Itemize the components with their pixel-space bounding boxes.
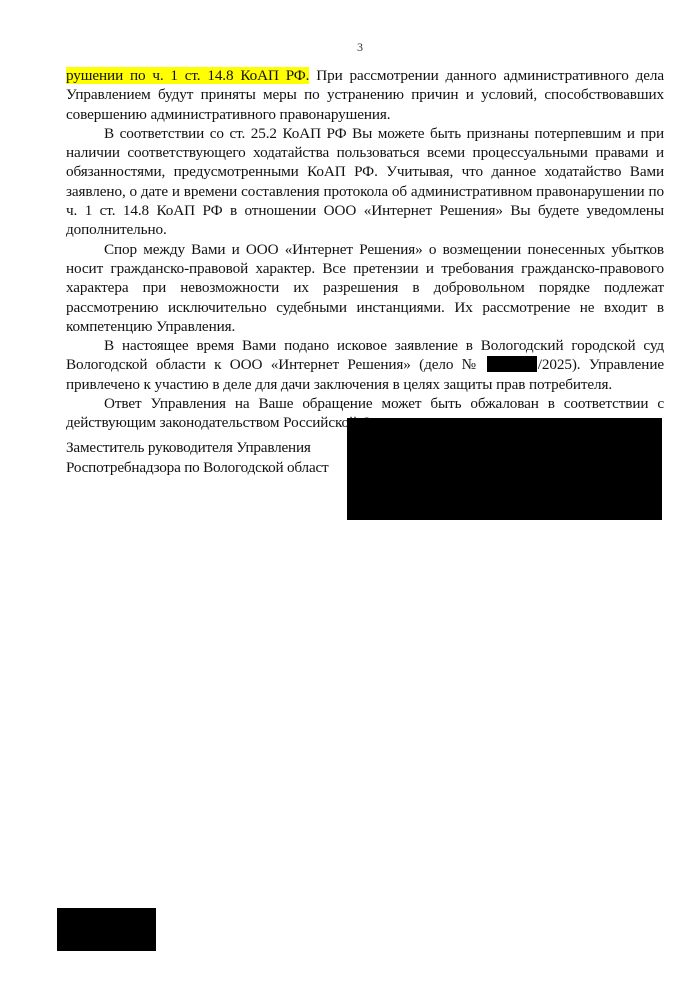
paragraph-lawsuit: В настоящее время Вами подано исковое за… xyxy=(66,336,664,394)
highlighted-text: рушении по ч. 1 ст. 14.8 КоАП РФ. xyxy=(66,67,309,84)
page-number: 3 xyxy=(0,40,700,55)
footer-redaction xyxy=(57,908,156,951)
signature-redaction xyxy=(347,418,662,520)
paragraph-civil-dispute: Спор между Вами и ООО «Интернет Решения»… xyxy=(66,240,664,336)
signature-title-line1: Заместитель руководителя Управления xyxy=(66,438,328,458)
paragraph-continuation: рушении по ч. 1 ст. 14.8 КоАП РФ. При ра… xyxy=(66,66,664,124)
signature-block: Заместитель руководителя Управления Росп… xyxy=(66,438,328,478)
signature-title-line2: Роспотребнадзора по Вологодской област xyxy=(66,458,328,478)
paragraph-victim-rights: В соответствии со ст. 25.2 КоАП РФ Вы мо… xyxy=(66,124,664,240)
letter-body: рушении по ч. 1 ст. 14.8 КоАП РФ. При ра… xyxy=(66,66,664,433)
case-number-redaction xyxy=(487,356,537,372)
